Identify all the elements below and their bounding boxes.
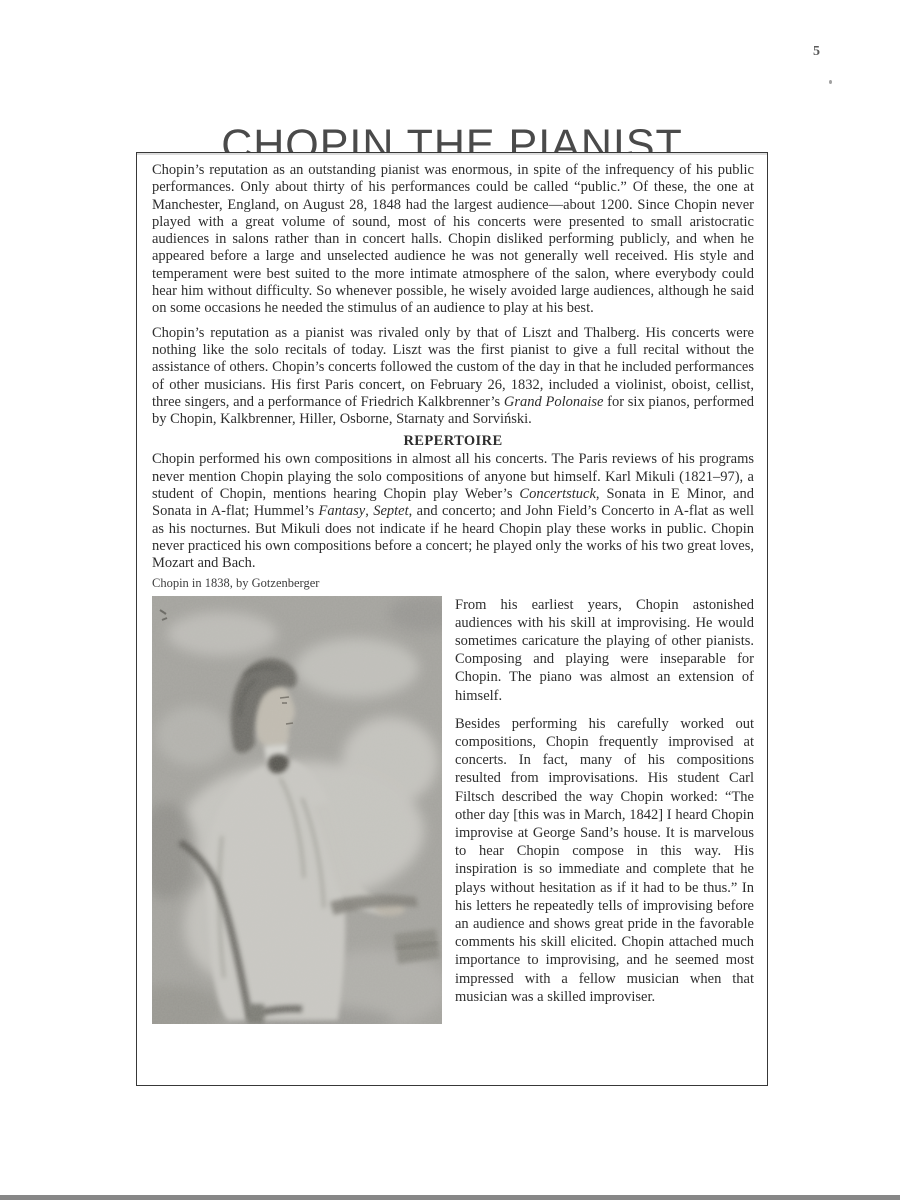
repertoire-paragraph: Chopin performed his own compositions in… <box>152 451 754 572</box>
article-box: Chopin’s reputation as an outstanding pi… <box>136 152 768 1086</box>
page-number: 5 <box>813 44 820 60</box>
right-text-column: From his earliest years, Chopin astonish… <box>455 596 754 1024</box>
column-paragraph-2: Besides performing his carefully worked … <box>455 715 754 1006</box>
intro-paragraph-2: Chopin’s reputation as a pianist was riv… <box>152 325 754 429</box>
scan-edge-strip <box>0 1195 900 1200</box>
repertoire-heading: REPERTOIRE <box>152 433 754 450</box>
chopin-portrait-image <box>152 596 442 1024</box>
figure-caption: Chopin in 1838, by Gotzenberger <box>152 576 754 591</box>
print-speck <box>829 80 832 84</box>
intro-paragraph-1: Chopin’s reputation as an outstanding pi… <box>152 162 754 318</box>
portrait-sketch <box>152 596 442 1024</box>
column-paragraph-1: From his earliest years, Chopin astonish… <box>455 596 754 705</box>
two-column-section: From his earliest years, Chopin astonish… <box>152 596 754 1024</box>
